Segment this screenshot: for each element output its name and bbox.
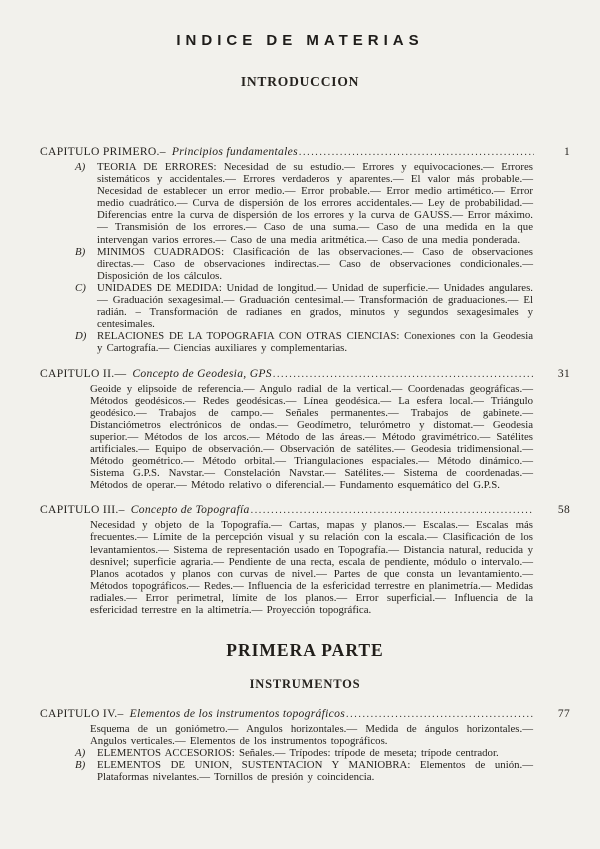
toc-item: A) ELEMENTOS ACCESORIOS: Señales.— Trípo…	[97, 747, 533, 759]
toc-line: CAPITULO IV.– Elementos de los instrumen…	[40, 707, 570, 720]
table-of-contents: CAPITULO PRIMERO.– Principios fundamenta…	[40, 145, 570, 784]
page-number: 77	[542, 708, 570, 720]
chapter-label: CAPITULO II.—	[40, 367, 126, 380]
item-letter: D)	[75, 330, 86, 342]
chapter-title: Elementos de los instrumentos topográfic…	[124, 707, 345, 720]
part-title: PRIMERA PARTE	[40, 640, 570, 661]
toc-line: CAPITULO II.— Concepto de Geodesia, GPS …	[40, 367, 570, 380]
chapter-title: Principios fundamentales	[166, 145, 298, 158]
chapter-label: CAPITULO PRIMERO.–	[40, 145, 166, 158]
toc-paragraph: Geoide y elipsoide de referencia.— Angul…	[90, 383, 533, 492]
chapter-body: Geoide y elipsoide de referencia.— Angul…	[40, 383, 570, 492]
item-text: UNIDADES DE MEDIDA: Unidad de longitud.—…	[97, 282, 533, 330]
chapter-title: Concepto de Geodesia, GPS	[126, 367, 272, 380]
page-number: 1	[542, 146, 570, 158]
chapter-body: Esquema de un goniómetro.— Angulos horiz…	[40, 723, 570, 783]
part-subtitle: INSTRUMENTOS	[40, 677, 570, 692]
chapter-entry-2: CAPITULO II.— Concepto de Geodesia, GPS …	[40, 367, 570, 492]
chapter-entry-1: CAPITULO PRIMERO.– Principios fundamenta…	[40, 145, 570, 355]
toc-paragraph: Necesidad y objeto de la Topografía.— Ca…	[90, 519, 533, 616]
page-number: 58	[542, 504, 570, 516]
item-text: TEORIA DE ERRORES: Necesidad de su estud…	[97, 161, 533, 246]
toc-item: B) MINIMOS CUADRADOS: Clasificación de l…	[97, 246, 533, 282]
chapter-entry-4: CAPITULO IV.– Elementos de los instrumen…	[40, 707, 570, 783]
toc-item: B) ELEMENTOS DE UNION, SUSTENTACION Y MA…	[97, 759, 533, 783]
scanned-book-page: INDICE DE MATERIAS INTRODUCCION CAPITULO…	[0, 0, 600, 849]
page-number: 31	[542, 368, 570, 380]
item-letter: A)	[75, 161, 85, 173]
chapter-body: A) TEORIA DE ERRORES: Necesidad de su es…	[40, 161, 570, 355]
dot-leader	[346, 707, 534, 720]
toc-item: C) UNIDADES DE MEDIDA: Unidad de longitu…	[97, 282, 533, 330]
dot-leader	[273, 367, 534, 380]
item-text: ELEMENTOS ACCESORIOS: Señales.— Trípodes…	[97, 747, 499, 759]
item-letter: C)	[75, 282, 86, 294]
chapter-title: Concepto de Topografía	[125, 503, 250, 516]
chapter-body: Necesidad y objeto de la Topografía.— Ca…	[40, 519, 570, 616]
page-title: INDICE DE MATERIAS	[0, 0, 600, 49]
chapter-label: CAPITULO IV.–	[40, 707, 124, 720]
item-letter: A)	[75, 747, 85, 759]
toc-item: A) TEORIA DE ERRORES: Necesidad de su es…	[97, 161, 533, 246]
dot-leader	[299, 145, 534, 158]
dot-leader	[251, 503, 534, 516]
item-text: MINIMOS CUADRADOS: Clasificación de las …	[97, 246, 533, 282]
toc-line: CAPITULO III.– Concepto de Topografía 58	[40, 503, 570, 516]
intro-heading: INTRODUCCION	[0, 74, 600, 90]
item-letter: B)	[75, 759, 85, 771]
toc-line: CAPITULO PRIMERO.– Principios fundamenta…	[40, 145, 570, 158]
item-text: RELACIONES DE LA TOPOGRAFIA CON OTRAS CI…	[97, 330, 533, 354]
item-text: ELEMENTOS DE UNION, SUSTENTACION Y MANIO…	[97, 759, 533, 783]
toc-paragraph: Esquema de un goniómetro.— Angulos horiz…	[90, 723, 533, 747]
toc-item: D) RELACIONES DE LA TOPOGRAFIA CON OTRAS…	[97, 330, 533, 354]
chapter-entry-3: CAPITULO III.– Concepto de Topografía 58…	[40, 503, 570, 616]
chapter-label: CAPITULO III.–	[40, 503, 125, 516]
item-letter: B)	[75, 246, 85, 258]
